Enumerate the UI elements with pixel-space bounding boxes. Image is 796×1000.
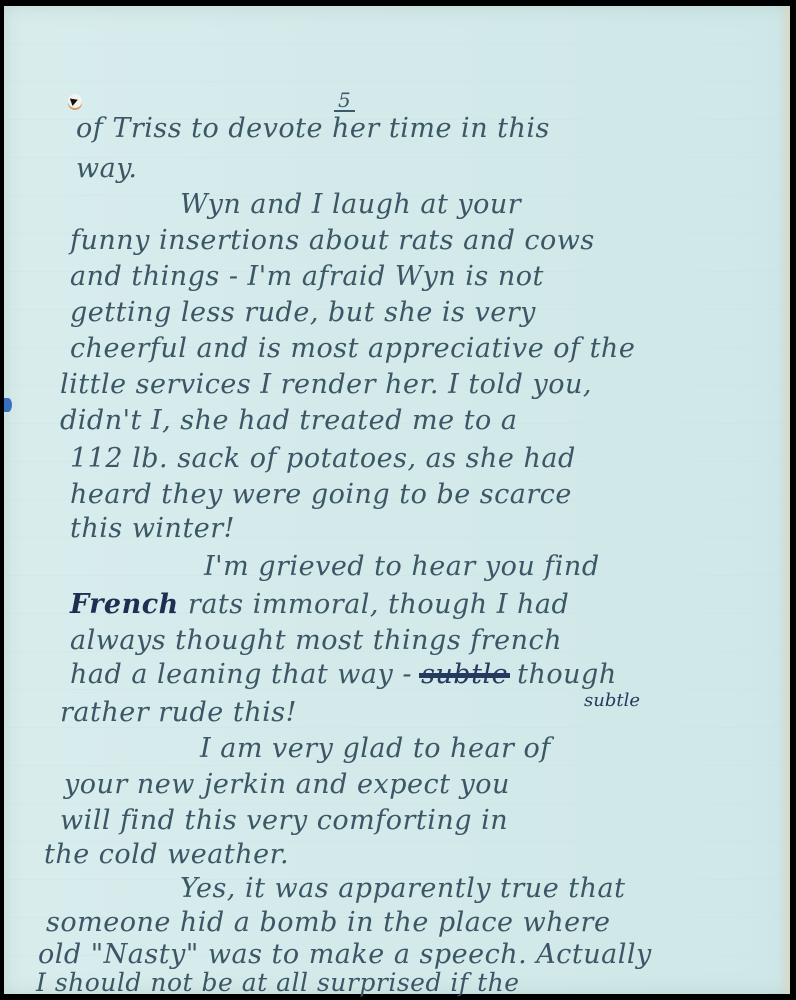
inserted-word: subtle [584, 690, 640, 711]
text-line: someone hid a bomb in the place where [46, 908, 610, 938]
text-line: rather rude this! [60, 698, 297, 728]
text-line: I'm grieved to hear you find [204, 552, 600, 582]
text-line: funny insertions about rats and cows [70, 226, 595, 256]
struck-word: subtle [421, 659, 508, 690]
letter-body: of Triss to devote her time in this way.… [4, 6, 790, 994]
text-line: old "Nasty" was to make a speech. Actual… [38, 940, 652, 970]
emphasized-word: French [70, 589, 179, 620]
text-line: getting less rude, but she is very [70, 298, 536, 328]
letter-page: 5 of Triss to devote her time in this wa… [4, 6, 790, 994]
text-line: of Triss to devote her time in this [76, 114, 550, 144]
text-line: and things - I'm afraid Wyn is not [70, 262, 544, 292]
text-line: Wyn and I laugh at your [180, 190, 521, 220]
text-fragment: rats immoral, though I had [188, 589, 569, 620]
text-fragment: though [517, 659, 617, 690]
text-line: I am very glad to hear of [200, 734, 551, 764]
text-line-correction: had a leaning that way - subtle though [70, 660, 617, 690]
text-line: your new jerkin and expect you [64, 770, 510, 800]
text-line: always thought most things french [70, 626, 562, 656]
text-line: cheerful and is most appreciative of the [70, 334, 635, 364]
text-line: heard they were going to be scarce [70, 480, 572, 510]
text-line: I should not be at all surprised if the [36, 968, 520, 998]
text-fragment: had a leaning that way - [70, 659, 412, 690]
text-line: little services I render her. I told you… [60, 370, 592, 400]
text-line: the cold weather. [44, 840, 289, 870]
text-line: will find this very comforting in [60, 806, 508, 836]
text-line: 112 lb. sack of potatoes, as she had [70, 444, 576, 474]
text-line: Yes, it was apparently true that [180, 874, 625, 904]
text-line-french: French rats immoral, though I had [70, 590, 569, 620]
text-line: way. [76, 154, 137, 184]
text-line: didn't I, she had treated me to a [60, 406, 517, 436]
text-line: this winter! [70, 514, 235, 544]
